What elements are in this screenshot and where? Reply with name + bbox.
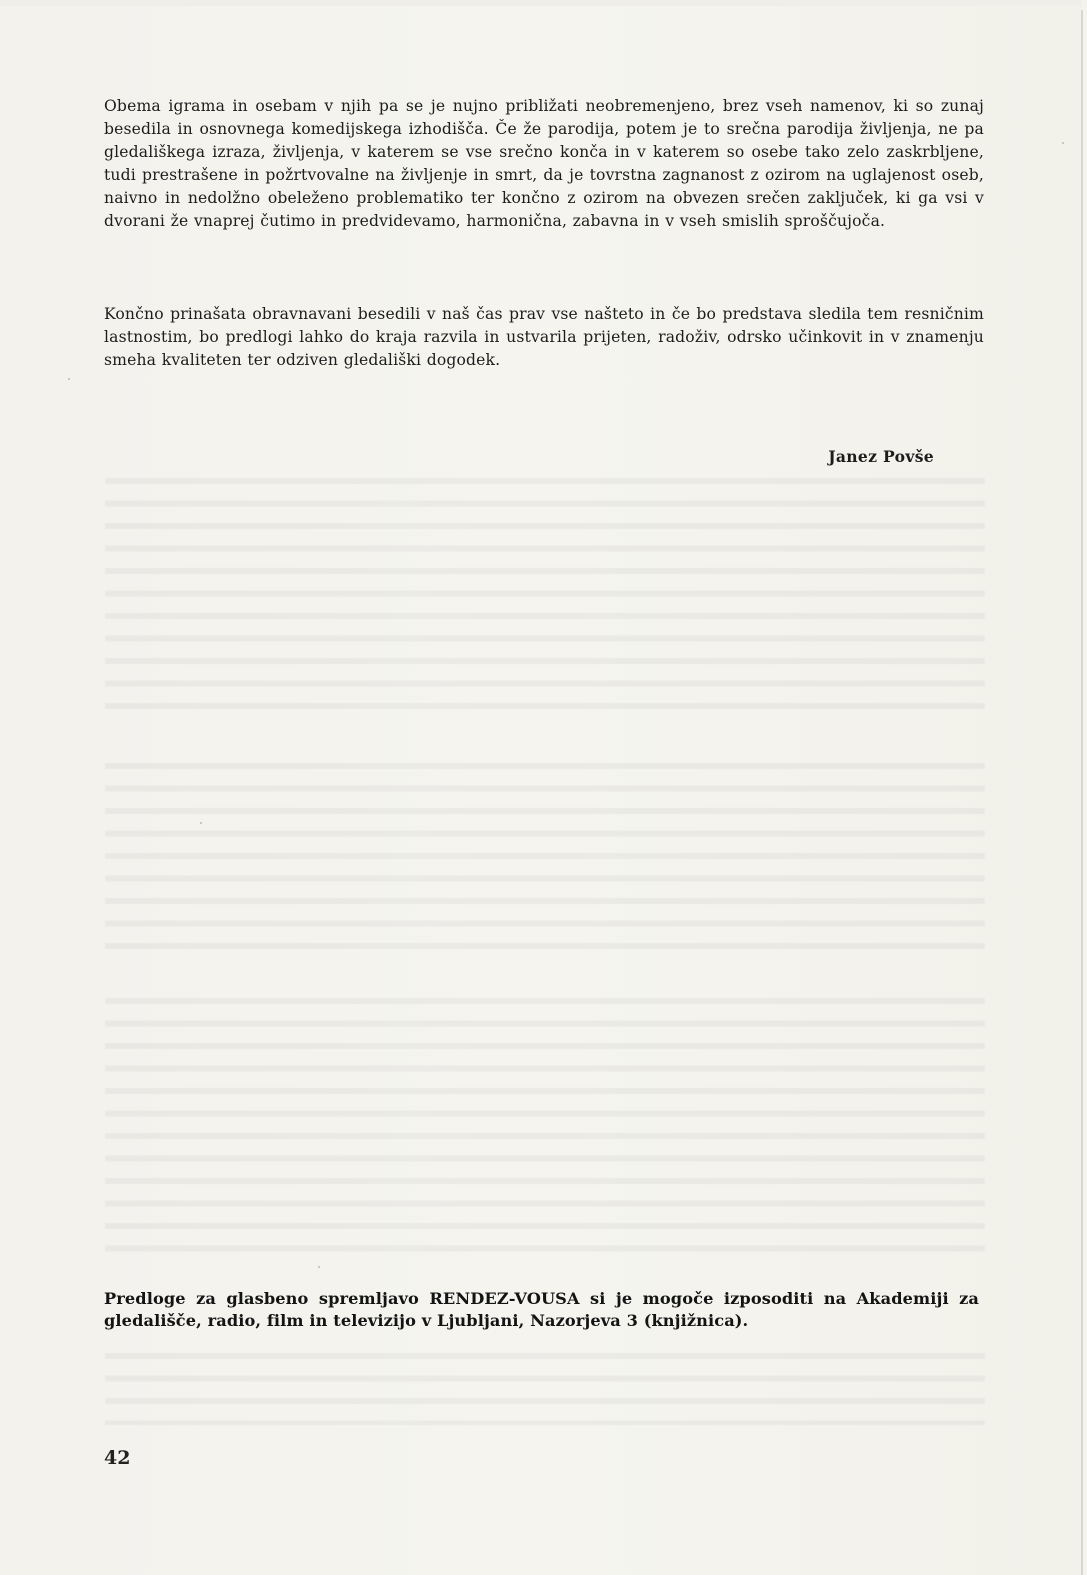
body-paragraph-2: Končno prinašata obravnavani besedili v … xyxy=(104,303,984,372)
document-page: Obema igrama in osebam v njih pa se je n… xyxy=(0,0,1082,1575)
page-top-edge xyxy=(0,0,1082,6)
bleed-through-text xyxy=(105,1345,985,1425)
author-signature: Janez Povše xyxy=(828,447,934,466)
paper-speck xyxy=(68,378,70,380)
paper-speck xyxy=(200,822,202,824)
paper-speck xyxy=(1062,142,1064,144)
body-paragraph-1: Obema igrama in osebam v njih pa se je n… xyxy=(104,95,984,233)
bleed-through-text xyxy=(105,755,985,960)
footnote-music-templates: Predloge za glasbeno spremljavo RENDEZ-V… xyxy=(104,1288,979,1332)
bleed-through-text xyxy=(105,990,985,1265)
page-right-edge xyxy=(1081,10,1083,1575)
page-number: 42 xyxy=(104,1447,130,1469)
paper-speck xyxy=(318,1266,320,1268)
bleed-through-text xyxy=(105,470,985,720)
